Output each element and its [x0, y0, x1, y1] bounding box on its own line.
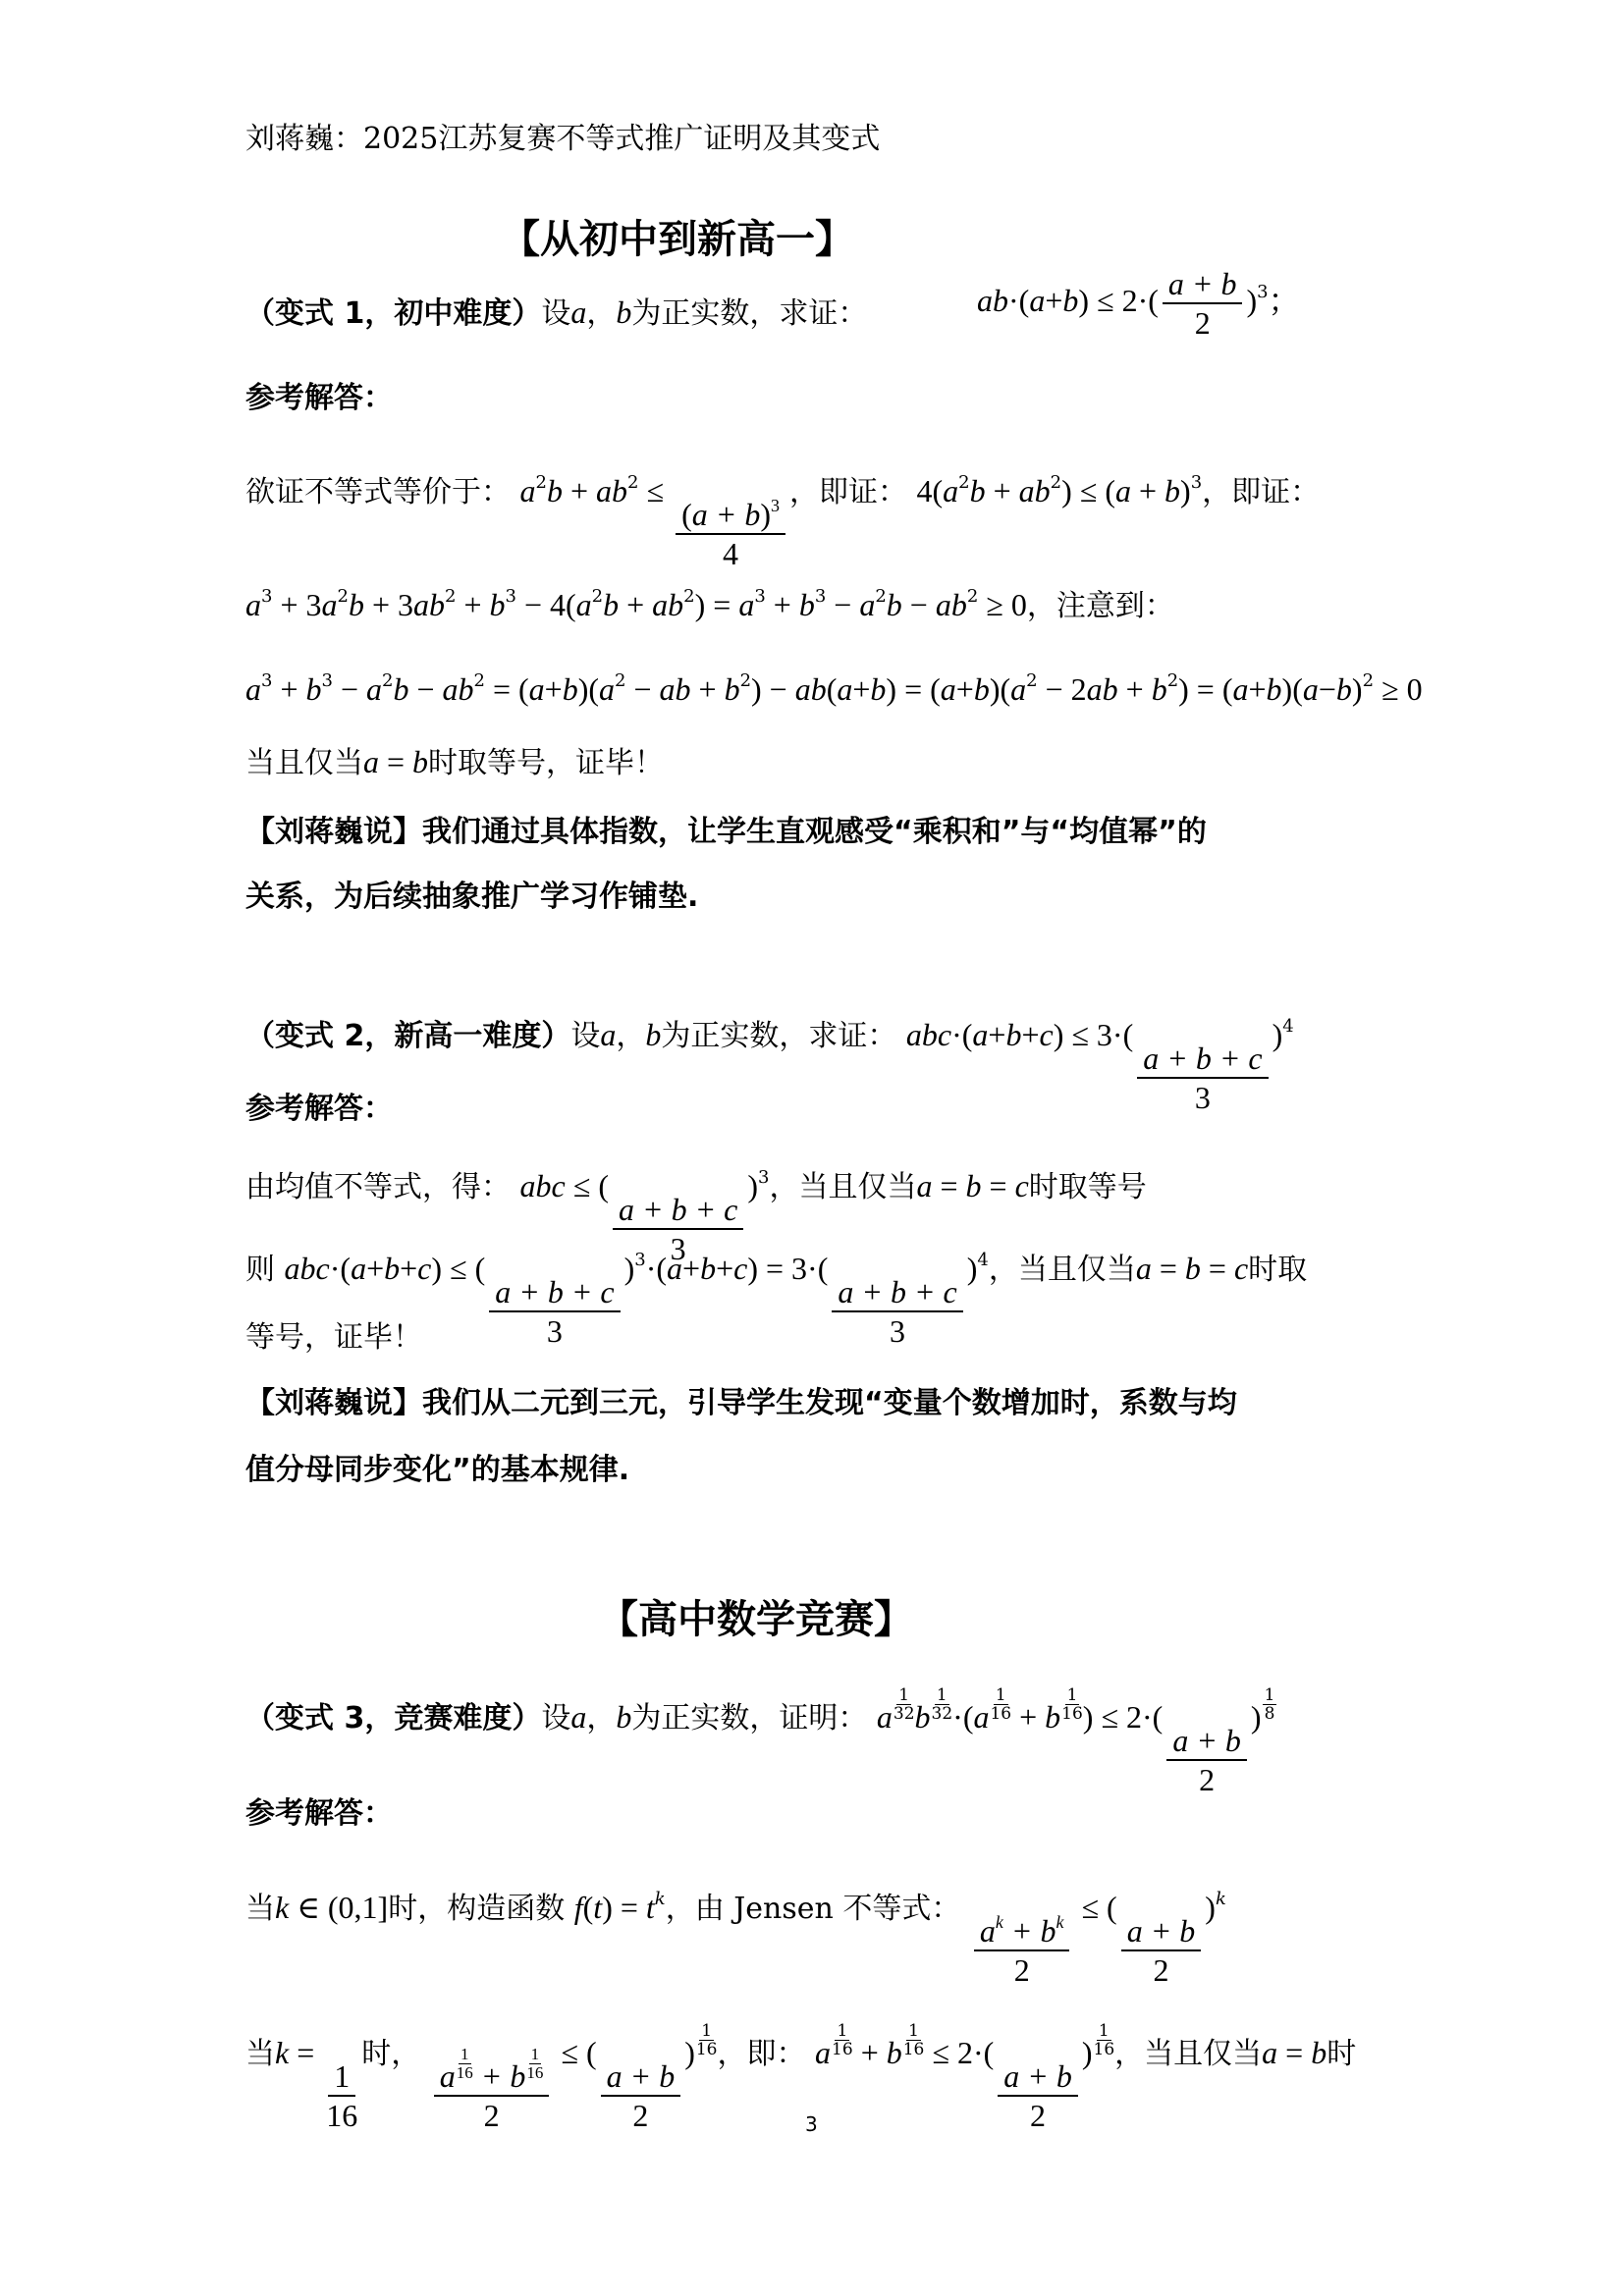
comment-2-line-1: 【刘蒋巍说】我们从二元到三元，引导学生发现“变量个数增加时，系数与均 — [245, 1386, 1237, 1421]
problem-1-text: 设a，b为正实数，求证： — [541, 296, 867, 331]
problem-1-statement: （变式 1，初中难度）设a，b为正实数，求证： ab·(a+b) ≤ 2·(a … — [245, 294, 867, 373]
comment-tag: 【刘蒋巍说】 — [245, 1386, 422, 1420]
problem-1-formula: ab·(a+b) ≤ 2·(a + b2)3； — [977, 265, 1300, 342]
problem-1-label: （变式 1，初中难度） — [245, 296, 541, 331]
solution-3-line-2: 当k = 116时， a116 + b1162 ≤ (a + b2)116，即：… — [245, 2022, 1356, 2134]
solution-text: 欲证不等式等价于： — [245, 475, 511, 509]
comment-tag: 【刘蒋巍说】 — [245, 815, 422, 849]
solution-2-line-3: 等号，证毕！ — [245, 1320, 422, 1356]
problem-2-label: （变式 2，新高一难度） — [245, 1019, 570, 1053]
solution-1-line-3: a3 + b3 − a2b − ab2 = (a+b)(a2 − ab + b2… — [245, 671, 1423, 709]
section-heading-2: 【高中数学竞赛】 — [599, 1588, 913, 1644]
solution-3-line-1: 当k ∈ (0,1]时，构造函数 f(t) = tk，由 Jensen 不等式：… — [245, 1890, 1226, 1989]
solution-1-line-2: a3 + 3a2b + 3ab2 + b3 − 4(a2b + ab2) = a… — [245, 587, 1174, 624]
problem-2-statement: （变式 2，新高一难度）设a，b为正实数，求证： abc·(a+b+c) ≤ 3… — [245, 1017, 1294, 1116]
answer-label-3: 参考解答： — [245, 1796, 393, 1832]
solution-1-line-4: 当且仅当a = b时取等号，证毕！ — [245, 744, 664, 781]
problem-3-label: （变式 3，竞赛难度） — [245, 1701, 541, 1735]
problem-3-statement: （变式 3，竞赛难度）设a，b为正实数，证明： a132b132·(a116 +… — [245, 1686, 1276, 1798]
document-page: 刘蒋巍：2025江苏复赛不等式推广证明及其变式 【从初中到新高一】 （变式 1，… — [0, 0, 1624, 2296]
answer-label-2: 参考解答： — [245, 1092, 393, 1127]
page-number: 3 — [805, 2112, 818, 2136]
answer-label-1: 参考解答： — [245, 381, 393, 416]
comment-1-line-2: 关系，为后续抽象推广学习作铺垫. — [245, 880, 698, 915]
comment-2-line-2: 值分母同步变化”的基本规律. — [245, 1453, 629, 1488]
section-heading-1: 【从初中到新高一】 — [501, 208, 854, 264]
solution-1-line-1: 欲证不等式等价于： a2b + ab2 ≤ (a + b)34，即证： 4(a2… — [245, 473, 1320, 572]
comment-1-line-1: 【刘蒋巍说】我们通过具体指数，让学生直观感受“乘积和”与“均值幂”的 — [245, 815, 1207, 850]
document-title: 刘蒋巍：2025江苏复赛不等式推广证明及其变式 — [245, 122, 880, 157]
